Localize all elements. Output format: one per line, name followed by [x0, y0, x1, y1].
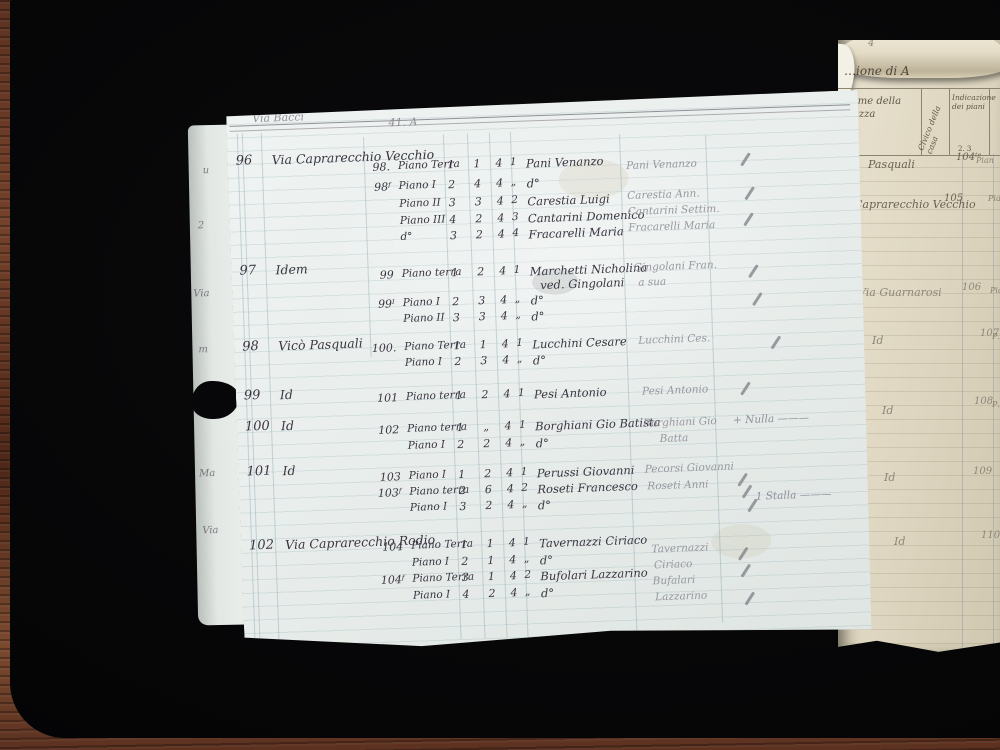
resident-name: d° — [533, 353, 547, 367]
house-number: 99 — [338, 268, 394, 283]
column-value: 2 — [453, 484, 471, 498]
margin-text-fragment: m — [198, 344, 208, 355]
resident-name: Bufolari Lazzarino — [540, 566, 648, 584]
column-value: 4 — [499, 436, 517, 450]
column-value: 4 — [501, 482, 519, 496]
column-value: 1 — [481, 537, 499, 551]
column-value: 2 — [449, 355, 467, 369]
resident-name: d° — [526, 176, 540, 190]
family-number: „ — [517, 353, 523, 365]
check-mark — [742, 484, 753, 498]
header-pencil-number: 41. A — [388, 115, 417, 129]
column-value: 2 — [478, 437, 496, 451]
column-value: 3 — [454, 500, 472, 514]
right-street-name: Id — [882, 404, 893, 417]
right-house-number: 109 — [973, 466, 992, 477]
right-street-name: Id — [872, 334, 883, 347]
column-value: 4 — [504, 569, 522, 583]
column-value: 2 — [442, 178, 460, 192]
column-value: 1 — [448, 339, 466, 353]
right-row-fragment: Pian — [976, 156, 994, 165]
entry-number: 102 — [249, 538, 274, 554]
column-value: 1 — [450, 389, 468, 403]
pencil-name: Pani Venanzo — [626, 158, 697, 172]
floor-label: Piano II — [399, 197, 441, 210]
column-value: 1 — [455, 538, 473, 552]
right-column-rule — [962, 154, 963, 654]
pencil-name: Borghiani Gio — [643, 415, 717, 430]
entry-number: 99 — [244, 388, 261, 404]
resident-name: Roseti Francesco — [537, 479, 638, 496]
family-number: „ — [515, 309, 521, 321]
floor-label: d° — [400, 231, 412, 243]
right-street-name: Pasquali — [868, 158, 915, 171]
column-value: 3 — [473, 294, 491, 308]
column-value: 4 — [490, 176, 508, 190]
pencil-name: Tavernazzi — [651, 541, 708, 555]
right-street-name: Via Guarnarosi — [858, 286, 942, 299]
column-value: 2 — [483, 587, 501, 601]
house-number: 102 — [343, 423, 399, 438]
column-value: 1 — [446, 266, 464, 280]
column-value: 2 — [470, 228, 488, 242]
family-number: „ — [510, 176, 516, 188]
pencil-name: Batta — [659, 432, 688, 445]
column-value: 4 — [491, 194, 509, 208]
resident-name: d° — [538, 498, 552, 512]
column-value: 3 — [473, 310, 491, 324]
family-number: 1 — [519, 419, 526, 431]
resident-name: Lucchini Cesare — [532, 334, 627, 351]
family-number: 1 — [513, 264, 520, 276]
column-value: 4 — [490, 156, 508, 170]
street-name: Id — [281, 418, 294, 433]
column-value: 2 — [456, 555, 474, 569]
pencil-name: Roseti Anni — [647, 478, 709, 492]
floor-label: Piano III — [400, 213, 446, 227]
entry-number: 101 — [246, 464, 271, 480]
pencil-note: + Nulla ——— — [733, 412, 809, 427]
column-value: 1 — [453, 468, 471, 482]
margin-text-fragment: Via — [202, 525, 218, 536]
header-cell-civico: Civico della casa — [922, 89, 950, 155]
house-number: 103 — [345, 470, 401, 485]
column-value: 4 — [505, 586, 523, 600]
floor-label: Piano I — [408, 439, 446, 452]
column-value: 4 — [497, 353, 515, 367]
house-number: 101 — [342, 391, 398, 406]
check-mark — [748, 264, 759, 278]
check-mark — [740, 381, 751, 395]
family-number: 1 — [521, 466, 528, 478]
floor-label: Piano I — [410, 501, 448, 514]
check-mark — [743, 212, 754, 226]
column-value: 2 — [447, 295, 465, 309]
check-mark — [771, 335, 782, 349]
column-value: 3 — [444, 229, 462, 243]
ledger-left-page: Via Bacci 41. A 96Via Caprarecchio Vecch… — [226, 90, 877, 657]
column-value: 4 — [501, 466, 519, 480]
resident-name: Pani Venanzo — [526, 154, 604, 171]
right-row-fragment: P… — [992, 332, 1000, 341]
family-number: „ — [525, 586, 531, 598]
column-value: 1 — [468, 157, 486, 171]
pencil-note: 1 Stalla ——— — [756, 488, 832, 503]
family-number: „ — [524, 553, 530, 565]
right-house-number: 108 — [974, 396, 993, 407]
street-name: Id — [280, 387, 293, 402]
entry-number: 98 — [242, 339, 259, 355]
floor-label: Piano I — [405, 356, 443, 369]
right-house-number: 105 — [944, 193, 963, 204]
column-value: 4 — [457, 588, 475, 602]
resident-name: Fracarelli Maria — [528, 224, 624, 241]
family-number: „ — [522, 498, 528, 510]
header-cell-extra — [990, 89, 1000, 155]
house-number: 103ᶠ — [345, 486, 401, 501]
photo-scene: u2ViamMaVia 4 …ione di A Nome della Piaz… — [0, 0, 1000, 750]
floor-label: Piano I — [398, 179, 436, 192]
check-mark — [744, 186, 755, 200]
column-value: 2 — [452, 438, 470, 452]
column-value: 1 — [482, 554, 500, 568]
family-number: „ — [519, 436, 525, 448]
column-value: 6 — [479, 483, 497, 497]
family-number: 4 — [512, 227, 519, 239]
resident-name: d° — [536, 436, 550, 450]
pencil-name: Bufalari — [652, 574, 695, 587]
column-value: 4 — [492, 227, 510, 241]
column-value: 3 — [475, 354, 493, 368]
entry-number: 96 — [235, 153, 252, 169]
resident-name: d° — [540, 553, 554, 567]
column-value: 4 — [503, 536, 521, 550]
column-value: 4 — [499, 419, 517, 433]
floor-label: Piano II — [403, 311, 445, 324]
column-rule-line — [261, 133, 280, 651]
family-number: 3 — [512, 211, 519, 223]
house-number: 100. — [340, 341, 396, 356]
check-mark — [740, 152, 751, 166]
column-value: 3 — [456, 571, 474, 585]
margin-text-fragment: Ma — [199, 468, 215, 479]
column-value: 4 — [495, 309, 513, 323]
margin-text-fragment: 2 — [198, 220, 205, 231]
column-value: 2 — [479, 467, 497, 481]
column-value: 2 — [480, 499, 498, 513]
house-number: 104 — [347, 540, 403, 555]
check-mark — [738, 547, 749, 561]
column-value: 4 — [496, 337, 514, 351]
check-mark — [740, 564, 751, 578]
column-value: 4 — [493, 264, 511, 278]
column-value: 4 — [444, 213, 462, 227]
street-name: Idem — [275, 261, 308, 277]
pencil-name: Pesi Antonio — [642, 383, 709, 397]
col-header-piani: Indicazione dei piani — [952, 93, 988, 111]
column-value: 1 — [474, 338, 492, 352]
column-value: 3 — [469, 195, 487, 209]
check-mark — [737, 473, 748, 487]
family-number: „ — [514, 293, 520, 305]
column-value: 4 — [502, 498, 520, 512]
family-number: 2 — [511, 194, 518, 206]
entry-number: 97 — [239, 263, 256, 279]
house-number: 98. — [334, 160, 390, 175]
right-house-number: 110 — [981, 530, 1000, 541]
top-rule-line-2 — [230, 109, 851, 132]
column-value: 1 — [482, 570, 500, 584]
resident-name: d° — [531, 293, 545, 307]
pencil-name: Fracarelli Maria — [628, 219, 715, 234]
right-row-fragment: Pian — [988, 194, 1000, 203]
table-header: Nome della Piazza Civico della casa Indi… — [838, 88, 1000, 156]
check-mark — [752, 292, 763, 306]
family-number: 1 — [518, 387, 525, 399]
right-street-name: Id — [894, 535, 905, 548]
column-value: 3 — [447, 311, 465, 325]
family-number: 2 — [521, 482, 528, 494]
margin-text-fragment: u — [203, 165, 210, 176]
column-value: 4 — [492, 211, 510, 225]
right-street-name: Id — [884, 471, 895, 484]
floor-label: Piano I — [413, 588, 451, 601]
pencil-name: Lucchini Ces. — [638, 332, 710, 347]
column-value: 4 — [498, 387, 516, 401]
column-value: 2 — [470, 212, 488, 226]
pencil-name: a sua — [638, 276, 666, 289]
pencil-name: Cantarini Settim. — [628, 203, 720, 218]
street-name: Id — [282, 463, 295, 478]
header-cell-piani: Indicazione dei piani 2. 3 — [950, 89, 990, 155]
pencil-name: Lazzarino — [655, 590, 707, 604]
pencil-name: Ciriaco — [654, 558, 693, 571]
column-value: 2 — [472, 265, 490, 279]
column-value: 2 — [476, 388, 494, 402]
column-value: 1 — [451, 421, 469, 435]
resident-name: Pesi Antonio — [534, 385, 607, 402]
column-value: 3 — [443, 196, 461, 210]
resident-name: Carestia Luigi — [527, 192, 610, 209]
resident-name: Perussi Giovanni — [537, 463, 635, 480]
resident-name: Tavernazzi Ciriaco — [539, 533, 647, 551]
margin-text-fragment: Via — [193, 288, 209, 299]
column-value: 4 — [468, 177, 486, 191]
resident-name: d° — [531, 309, 545, 323]
house-number: 98ᶠ — [335, 180, 391, 195]
pencil-name: Pecorsi Giovanni — [645, 460, 735, 475]
family-number: 1 — [523, 536, 530, 548]
floor-label: Piano I — [409, 469, 447, 482]
pencil-name: Carestia Ann. — [627, 188, 700, 203]
right-house-number: 106 — [962, 282, 981, 293]
family-number: 2 — [524, 569, 531, 581]
resident-name: Borghiani Gio Batista — [535, 415, 661, 433]
family-number: 1 — [510, 156, 517, 168]
column-value: „ — [477, 420, 495, 434]
resident-name: d° — [541, 586, 555, 600]
house-number: 99ᴵ — [339, 297, 395, 312]
pencil-name: Gingolani Fran. — [633, 259, 717, 274]
floor-label: Piano I — [412, 555, 450, 568]
column-value: 4 — [495, 293, 513, 307]
right-row-fragment: Pia — [990, 286, 1000, 295]
house-number: 104ᶠ — [348, 573, 404, 588]
entry-number: 100 — [245, 419, 270, 435]
family-number: 1 — [516, 337, 523, 349]
resident-name-2: ved. Gingolani — [540, 275, 625, 292]
floor-label: Piano I — [403, 296, 441, 309]
right-row-fragment: P… — [992, 400, 1000, 409]
column-value: 4 — [504, 553, 522, 567]
check-mark — [744, 591, 755, 605]
column-value: 1 — [442, 158, 460, 172]
section-title: …ione di A — [844, 64, 910, 78]
